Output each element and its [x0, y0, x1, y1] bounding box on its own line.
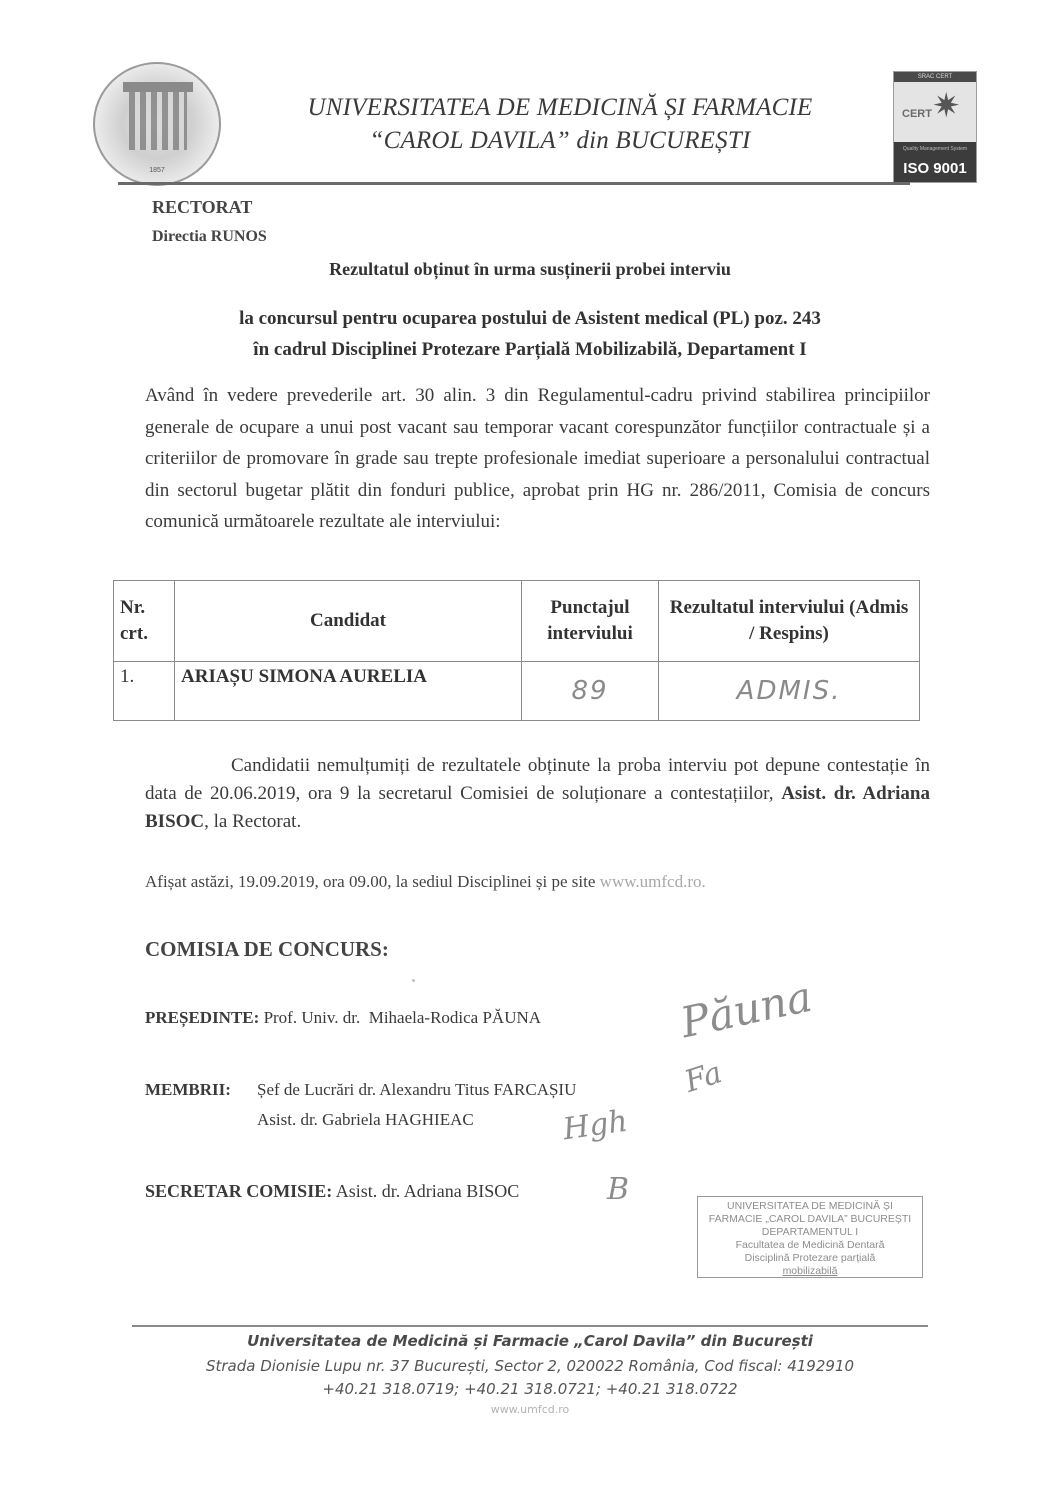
university-title-line2: “CAROL DAVILA” din BUCUREȘTI	[240, 127, 880, 155]
signature-member-2: Hgh	[561, 1104, 630, 1148]
table-header-row: Nr. crt. Candidat Punctajul interviului …	[114, 581, 920, 662]
stamp-line: UNIVERSITATEA DE MEDICINĂ ȘI	[698, 1200, 922, 1213]
signature-member-1: Fa	[680, 1055, 726, 1100]
cell-result-handwritten: ADMIS.	[659, 662, 920, 721]
column-header-nr: Nr. crt.	[114, 581, 175, 662]
university-seal-logo: UNIVERSITATEA DE MEDICINĂ ȘI FARMACIE CA…	[93, 62, 221, 186]
office-rectorat: RECTORAT	[152, 197, 252, 218]
cert-brand: CERT	[902, 108, 932, 120]
stamp-line: Disciplină Protezare parțială	[698, 1252, 922, 1265]
commission-title: COMISIA DE CONCURS:	[145, 937, 389, 962]
cell-nr: 1.	[114, 662, 175, 721]
appeal-paragraph: Candidatii nemulțumiți de rezultatele ob…	[145, 752, 930, 836]
footer-institution: Universitatea de Medicină și Farmacie „C…	[130, 1332, 930, 1350]
cert-star-icon: ✷	[932, 90, 961, 124]
scan-speck	[412, 979, 415, 982]
signature-president: Păuna	[676, 972, 816, 1047]
document-subheading-line2: în cadrul Disciplinei Protezare Parțială…	[120, 339, 940, 361]
members-label: MEMBRII:	[145, 1080, 257, 1100]
column-header-candidate: Candidat	[175, 581, 522, 662]
intro-paragraph: Având în vedere prevederile art. 30 alin…	[145, 380, 930, 538]
stamp-line: FARMACIE „CAROL DAVILA” BUCUREȘTI	[698, 1213, 922, 1226]
appeal-text-end: , la Rectorat.	[204, 811, 301, 832]
stamp-line: Facultatea de Medicină Dentară	[698, 1239, 922, 1252]
website-link[interactable]: www.umfcd.ro.	[600, 872, 706, 891]
secretary-name: Asist. dr. Adriana BISOC	[336, 1181, 520, 1201]
cert-small-text: Quality Management System	[894, 142, 976, 152]
footer-website[interactable]: www.umfcd.ro	[130, 1403, 930, 1416]
president-line: PREȘEDINTE: Prof. Univ. dr. Mihaela-Rodi…	[145, 1008, 541, 1028]
member-name-1: Șef de Lucrări dr. Alexandru Titus FARCA…	[257, 1080, 576, 1099]
footer-address: Strada Dionisie Lupu nr. 37 București, S…	[130, 1357, 930, 1375]
iso-certification-logo: SRAC CERT ✷ CERT Quality Management Syst…	[893, 71, 977, 183]
footer-phones: +40.21 318.0719; +40.21 318.0721; +40.21…	[130, 1380, 930, 1398]
posted-notice: Afișat astăzi, 19.09.2019, ora 09.00, la…	[145, 872, 706, 892]
secretary-label: SECRETAR COMISIE:	[145, 1181, 332, 1201]
table-row: 1. ARIAȘU SIMONA AURELIA 89 ADMIS.	[114, 662, 920, 721]
member-name-2: Asist. dr. Gabriela HAGHIEAC	[257, 1110, 474, 1129]
seal-temple-roof	[123, 82, 193, 92]
stamp-line: mobilizabilă	[698, 1265, 922, 1278]
header-divider	[118, 182, 910, 185]
document-subheading-line1: la concursul pentru ocuparea postului de…	[120, 308, 940, 330]
president-name: Prof. Univ. dr. Mihaela-Rodica PĂUNA	[264, 1008, 541, 1027]
office-directia: Directia RUNOS	[152, 228, 267, 246]
column-header-score: Punctajul interviului	[522, 581, 659, 662]
seal-temple-columns	[129, 92, 187, 150]
member-line-1: MEMBRII:Șef de Lucrări dr. Alexandru Tit…	[145, 1080, 576, 1100]
iso-standard: ISO 9001	[894, 160, 976, 177]
cert-top-text: SRAC CERT	[894, 72, 976, 82]
member-line-2: Asist. dr. Gabriela HAGHIEAC	[257, 1110, 474, 1130]
president-label: PREȘEDINTE:	[145, 1008, 259, 1027]
posted-text: Afișat astăzi, 19.09.2019, ora 09.00, la…	[145, 872, 600, 891]
cell-candidate: ARIAȘU SIMONA AURELIA	[175, 662, 522, 721]
document-heading: Rezultatul obținut în urma susținerii pr…	[120, 259, 940, 280]
department-stamp: UNIVERSITATEA DE MEDICINĂ ȘI FARMACIE „C…	[697, 1196, 923, 1278]
cell-score-handwritten: 89	[522, 662, 659, 721]
column-header-result: Rezultatul interviului (Admis / Respins)	[659, 581, 920, 662]
footer-divider	[132, 1325, 928, 1327]
results-table: Nr. crt. Candidat Punctajul interviului …	[113, 580, 920, 721]
stamp-line: DEPARTAMENTUL I	[698, 1226, 922, 1239]
seal-year: 1857	[95, 167, 219, 174]
secretary-line: SECRETAR COMISIE: Asist. dr. Adriana BIS…	[145, 1181, 519, 1202]
signature-secretary: B	[607, 1172, 629, 1207]
university-title-line1: UNIVERSITATEA DE MEDICINĂ ȘI FARMACIE	[240, 94, 880, 122]
